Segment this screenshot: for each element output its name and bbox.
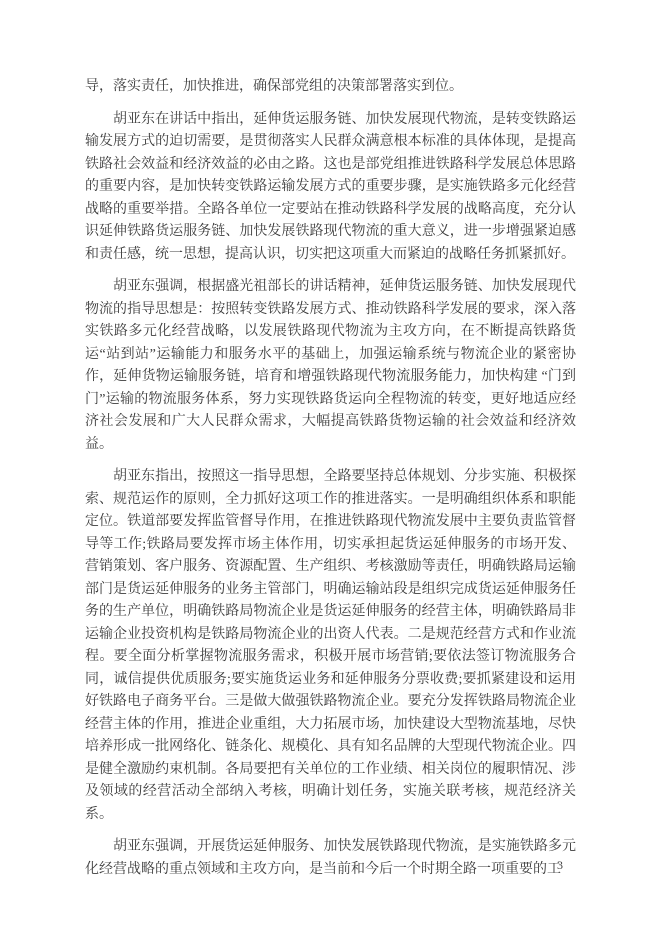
paragraph-speech-overview: 胡亚东在讲话中指出，延伸货运服务链、加快发展现代物流，是转变铁路运输发展方式的迫… (85, 109, 576, 267)
paragraph-continuation: 导，落实责任，加快推进，确保部党组的决策部署落实到位。 (85, 76, 576, 99)
paragraph-guiding-ideology: 胡亚东强调，根据盛光祖部长的讲话精神，延伸货运服务链、加快发展现代物流的指导思想… (85, 276, 576, 456)
document-content: 导，落实责任，加快推进，确保部党组的决策部署落实到位。 胡亚东在讲话中指出，延伸… (85, 76, 576, 891)
paragraph-implementation-points: 胡亚东指出，按照这一指导思想，全路要坚持总体规划、分步实施、积极探索、规范运作的… (85, 466, 576, 826)
page-number: 3 (85, 857, 563, 873)
document-page: 导，落实责任，加快推进，确保部党组的决策部署落实到位。 胡亚东在讲话中指出，延伸… (0, 0, 661, 935)
